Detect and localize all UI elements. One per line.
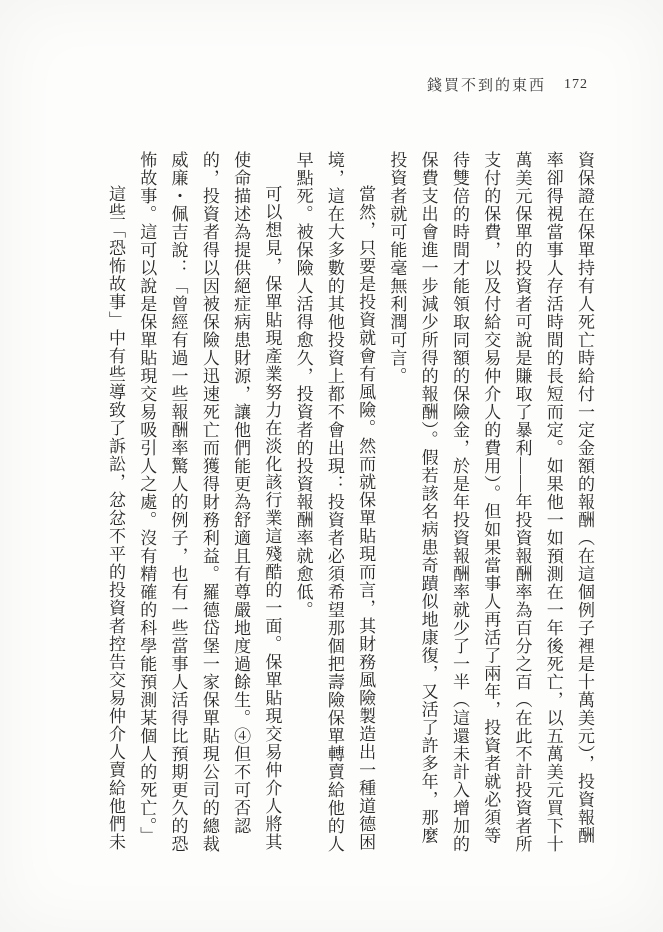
book-page: 錢買不到的東西 172 資保證在保單持有人死亡時給付一定金額的報酬（在這個例子裡… <box>0 0 663 932</box>
page-number: 172 <box>564 77 588 93</box>
body-text: 資保證在保單持有人死亡時給付一定金額的報酬（在這個例子裡是十萬美元），投資報酬率… <box>100 151 600 855</box>
running-head: 錢買不到的東西 172 <box>427 74 588 95</box>
book-title: 錢買不到的東西 <box>427 74 546 95</box>
paragraph-3: 可以想見，保單貼現產業努力在淡化該行業這殘酷的一面。保單貼現交易仲介人將其使命描… <box>131 151 287 855</box>
paragraph-4: 這些「恐怖故事」中有些導致了訴訟，忿忿不平的投資者控告交易仲介人賣給他們未 <box>100 151 131 855</box>
paragraph-2: 當然，只要是投資就會有風險。然而就保單貼現而言，其財務風險製造出一種道德困境，這… <box>287 151 381 855</box>
paragraph-1: 資保證在保單持有人死亡時給付一定金額的報酬（在這個例子裡是十萬美元），投資報酬率… <box>381 151 600 855</box>
